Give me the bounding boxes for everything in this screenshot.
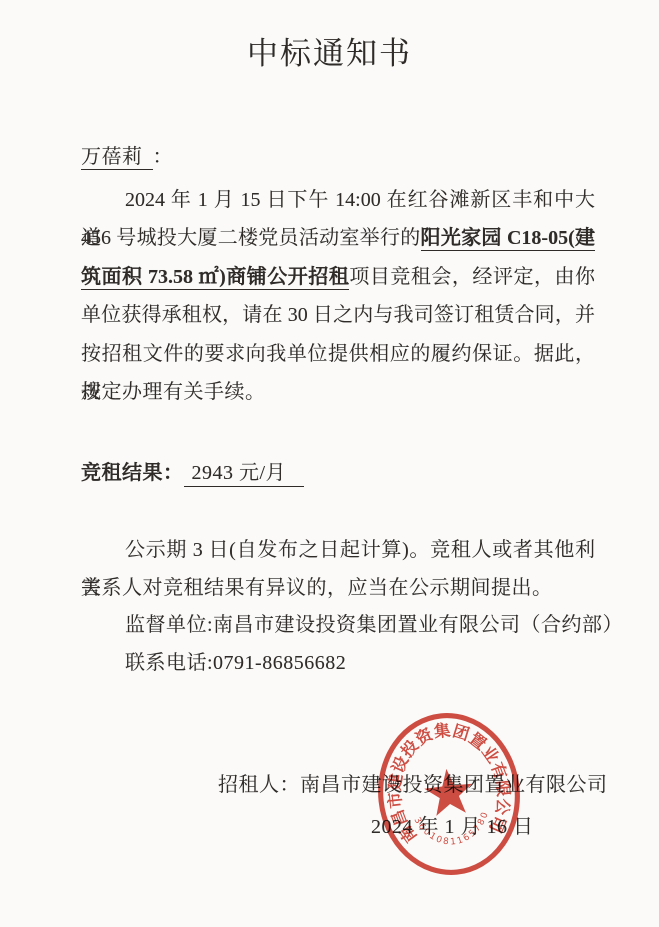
official-seal: 南昌市建设投资集团置业有限公司 3601081165780 bbox=[365, 701, 532, 888]
bid-result-label: 竞租结果： bbox=[81, 462, 184, 484]
recipient-colon: ： bbox=[153, 146, 174, 168]
notice-document: 中标通知书 万蓓莉： 2024 年 1 月 15 日下午 14:00 在红谷滩新… bbox=[0, 0, 659, 927]
supervisor-line: 监督单位:南昌市建设投资集团置业有限公司（合约部） bbox=[81, 606, 595, 644]
body-line-3-normal: 项目竞租会，经评定，由你 bbox=[349, 266, 595, 288]
body-line-3-emphasis: 筑面积 73.58 ㎡)商铺公开招租 bbox=[81, 266, 349, 290]
recipient-name: 万蓓莉 bbox=[81, 146, 153, 170]
body-line-2-normal: 456 号城投大厦二楼党员活动室举行的 bbox=[81, 227, 421, 249]
body-line-6: 规定办理有关手续。 bbox=[81, 373, 595, 411]
seal-star-icon bbox=[422, 766, 475, 816]
body-line-2: 456 号城投大厦二楼党员活动室举行的阳光家园 C18-05(建 bbox=[81, 219, 595, 257]
bid-result-line: 竞租结果：2943 元/月 bbox=[81, 454, 595, 492]
bid-result-value: 2943 元/月 bbox=[184, 462, 305, 487]
page-title: 中标通知书 bbox=[0, 30, 659, 78]
publicity-line-2: 关系人对竞租结果有异议的，应当在公示期间提出。 bbox=[81, 569, 595, 607]
body-line-2-emphasis: 阳光家园 C18-05(建 bbox=[421, 227, 595, 251]
body-line-3: 筑面积 73.58 ㎡)商铺公开招租项目竞租会，经评定，由你 bbox=[81, 258, 595, 296]
seal-serial-number: 3601081165780 bbox=[411, 808, 494, 851]
body-line-4: 单位获得承租权，请在 30 日之内与我司签订租赁合同，并 bbox=[81, 296, 595, 334]
recipient-line: 万蓓莉： bbox=[81, 138, 595, 176]
phone-line: 联系电话:0791-86856682 bbox=[81, 644, 595, 682]
